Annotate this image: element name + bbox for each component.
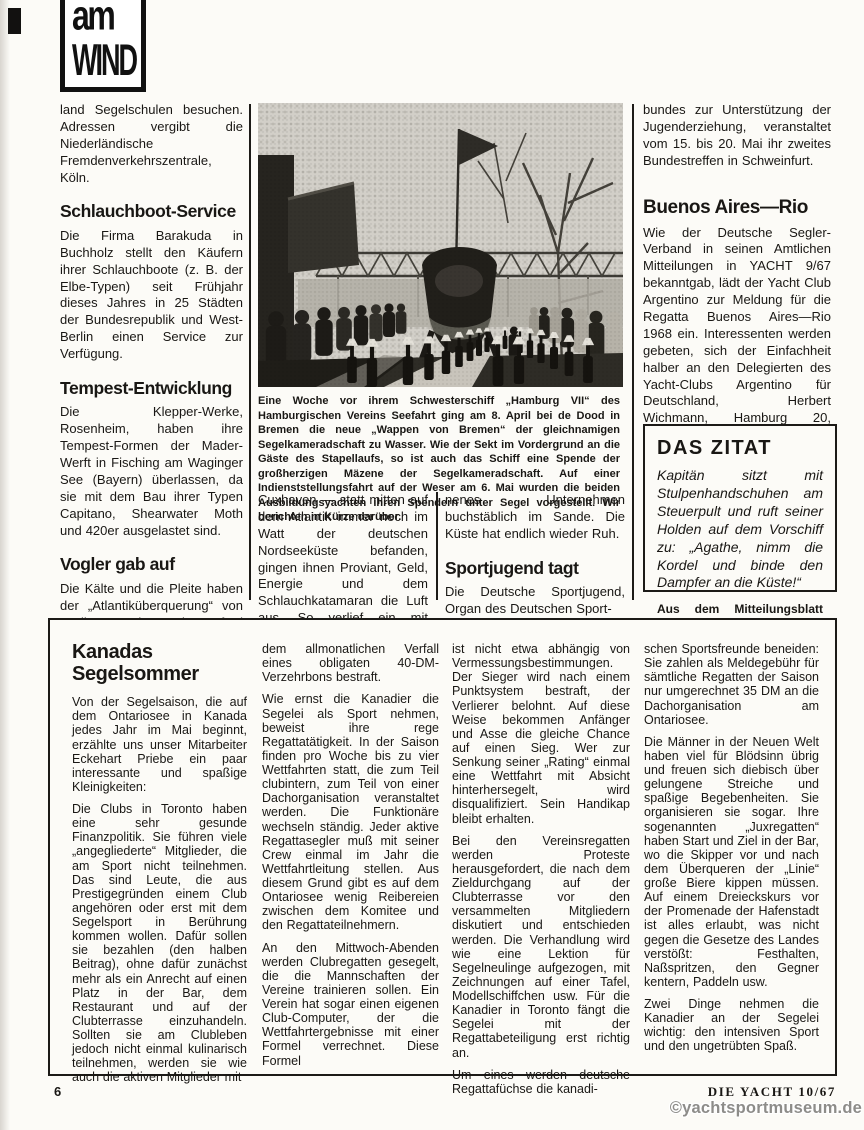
middle-column-right: nenes Unternehmen buchstäblich im Sande.… <box>445 492 625 627</box>
right-column: bundes zur Unterstützung der Jugenderzie… <box>643 102 831 453</box>
buenos-aires-paragraph: Wie der Deutsche Segler-Verband in seine… <box>643 225 831 445</box>
heading-sportjugend-tagt: Sportjugend tagt <box>445 559 625 577</box>
heading-vogler-gab-auf: Vogler gab auf <box>60 555 243 573</box>
kanada-col2-paragraph-2: Wie ernst die Kanadier die Segelei als S… <box>262 692 439 932</box>
scan-edge-shadow <box>0 0 10 1130</box>
kanada-col4-paragraph-1: schen Sportsfreunde beneiden: Sie zahlen… <box>644 642 819 727</box>
heading-buenos-aires-rio: Buenos Aires—Rio <box>643 198 831 218</box>
kanada-col1-paragraph-2: Die Clubs in Toronto haben eine sehr ges… <box>72 802 247 1085</box>
heading-schlauchboot-service: Schlauchboot-Service <box>60 202 243 220</box>
middle-continuation-paragraph: nenes Unternehmen buchstäblich im Sande.… <box>445 492 625 543</box>
logo-line2: WIND <box>72 41 136 78</box>
heading-kanadas-segelsommer: Kanadas Segelsommer <box>72 642 247 685</box>
kanada-col4-paragraph-2: Die Männer in der Neuen Welt haben viel … <box>644 735 819 989</box>
magazine-page: am WIND land Segelschulen besuchen. Adre… <box>0 0 864 1130</box>
kanada-col2-paragraph-3: An den Mittwoch-Abenden werden Clubregat… <box>262 941 439 1068</box>
journal-title-footer: DIE YACHT 10/67 <box>708 1084 836 1100</box>
scan-mark <box>8 8 21 34</box>
tempest-paragraph: Die Klepper-Werke, Rosenheim, haben ihre… <box>60 404 243 539</box>
page-number: 6 <box>54 1084 61 1099</box>
ship-launch-photo <box>258 103 623 387</box>
kanada-col2-paragraph-1: dem allmonatlichen Verfall eines obligat… <box>262 642 439 684</box>
feature-column-2: dem allmonatlichen Verfall eines obligat… <box>262 642 439 1076</box>
watermark: ©yachtsportmuseum.de <box>670 1099 862 1118</box>
kanada-col3-paragraph-3: Um eines werden deutsche Regattafüchse d… <box>452 1068 630 1096</box>
kanada-col1-paragraph-1: Von der Segelsaison, die auf dem Ontario… <box>72 695 247 794</box>
heading-tempest-entwicklung: Tempest-Entwicklung <box>60 379 243 397</box>
feature-column-4: schen Sportsfreunde beneiden: Sie zahlen… <box>644 642 819 1062</box>
sportjugend-paragraph: Die Deutsche Sportjugend, Organ des Deut… <box>445 584 625 618</box>
das-zitat-box: DAS ZITAT Kapitän sitzt mit Stulpenhands… <box>643 424 837 592</box>
feature-column-1: Kanadas Segelsommer Von der Segelsaison,… <box>72 642 247 1093</box>
am-wind-logo: am WIND <box>60 0 146 92</box>
zitat-quote: Kapitän sitzt mit Stulpenhandschuhen am … <box>657 467 823 592</box>
kanada-col3-paragraph-2: Bei den Vereinsregatten werden Proteste … <box>452 834 630 1060</box>
feature-column-3: ist nicht etwa abhängig von Vermessungsb… <box>452 642 630 1104</box>
column-rule-left <box>249 104 251 600</box>
logo-line1: am <box>72 0 113 33</box>
left-intro-paragraph: land Segelschulen besuchen. Adressen ver… <box>60 102 243 186</box>
ship-launch-photo-art <box>258 103 623 387</box>
right-continuation-paragraph: bundes zur Unterstützung der Jugenderzie… <box>643 102 831 170</box>
kanada-col4-paragraph-3: Zwei Dinge nehmen die Kanadier an der Se… <box>644 997 819 1054</box>
das-zitat-heading: DAS ZITAT <box>657 438 823 459</box>
column-rule-right <box>632 104 634 600</box>
kanada-col3-paragraph-1: ist nicht etwa abhängig von Vermessungsb… <box>452 642 630 826</box>
kanada-feature-box: Kanadas Segelsommer Von der Segelsaison,… <box>48 618 837 1076</box>
schlauchboot-paragraph: Die Firma Barakuda in Buchholz stellt de… <box>60 228 243 363</box>
